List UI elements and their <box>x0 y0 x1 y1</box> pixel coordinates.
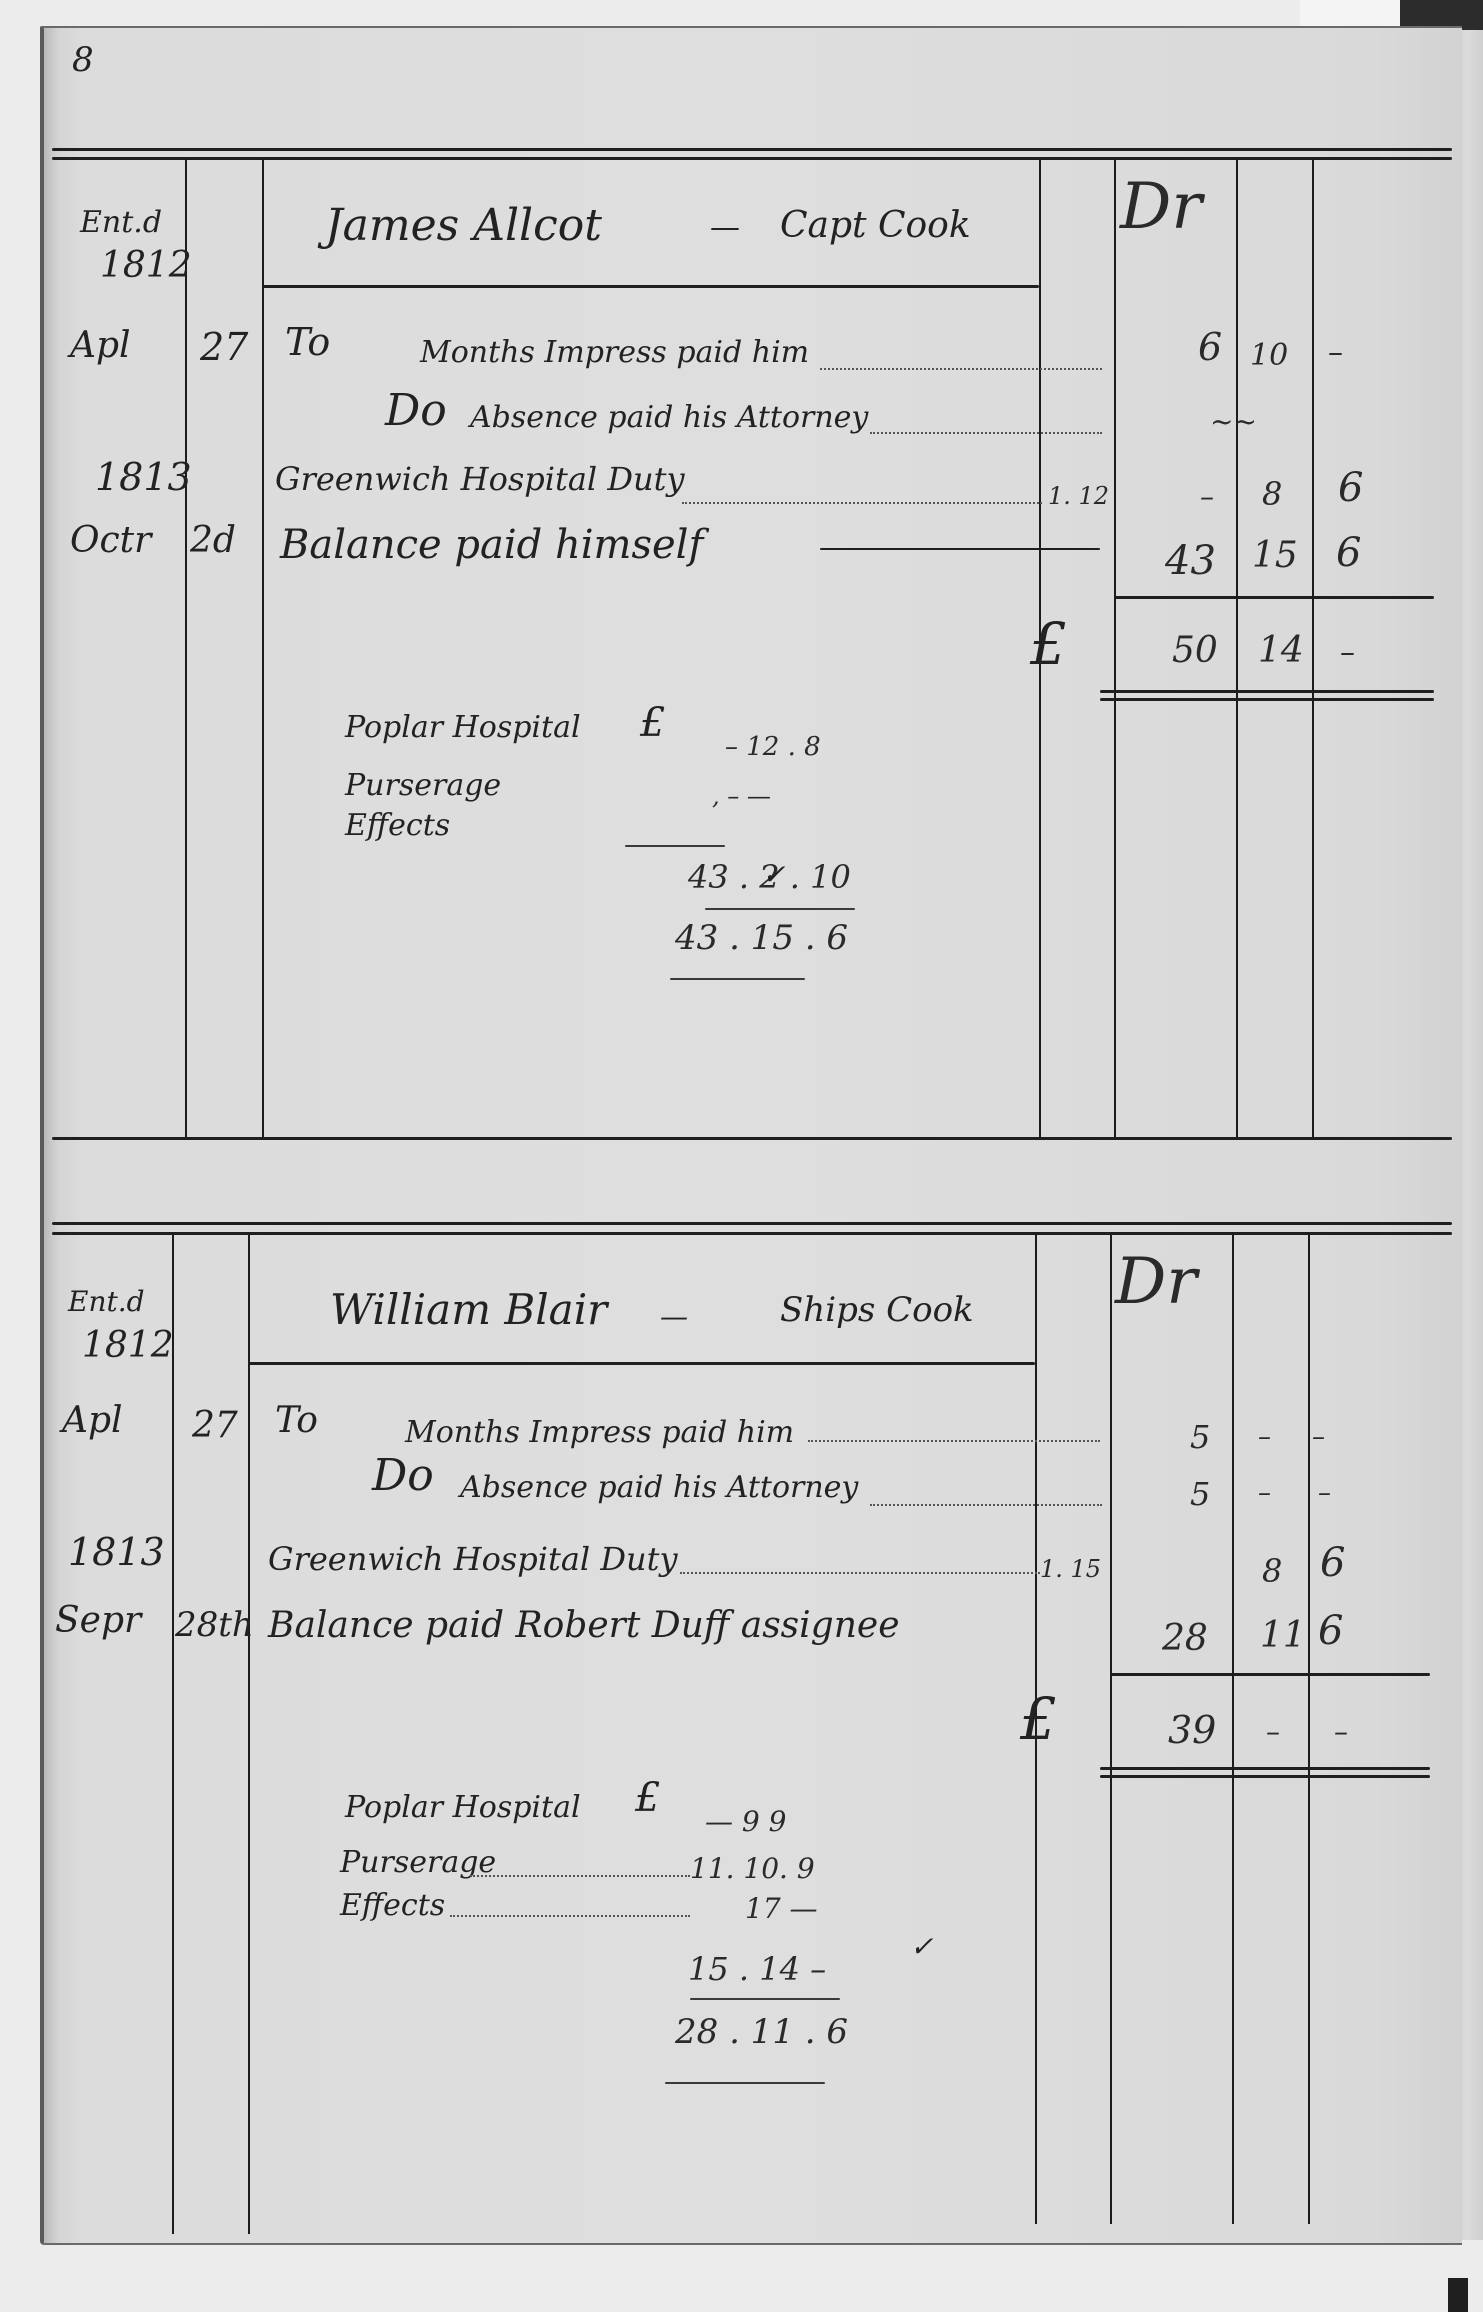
entered-label: Ent.d <box>68 1285 145 1318</box>
entry-shillings: 15 <box>1252 535 1298 576</box>
entry-shillings: 8 <box>1262 1552 1282 1590</box>
entry-prefix: To <box>275 1400 318 1441</box>
pound-sign-icon: £ <box>1030 610 1067 678</box>
total-double-rule <box>1100 1767 1430 1770</box>
note-total: 28 . 11 . 6 <box>675 2012 848 2052</box>
leader-dots <box>820 368 1102 370</box>
account-rating: Ships Cook <box>780 1290 974 1330</box>
entry-day: 2d <box>190 520 236 561</box>
total-rule <box>1110 1673 1430 1676</box>
entry-pounds: – <box>1200 480 1214 513</box>
entry-pounds: 28 <box>1162 1618 1208 1659</box>
note-underline <box>670 978 805 980</box>
folio-number: 8 <box>72 40 94 80</box>
entry-day: 27 <box>200 325 248 369</box>
entered-label: Ent.d <box>80 205 162 240</box>
account-name: William Blair <box>330 1285 607 1334</box>
entry-pounds: 5 <box>1190 1475 1210 1513</box>
note-value: – 12 . 8 <box>725 732 821 762</box>
leader-dots <box>680 1572 1040 1574</box>
entry-shillings: – <box>1258 1422 1271 1452</box>
entry-description: Absence paid his Attorney <box>460 1470 858 1505</box>
entry-year: 1813 <box>68 1530 165 1574</box>
header-rule <box>248 1362 1035 1365</box>
note-subtotal: 15 . 14 – <box>688 1950 826 1988</box>
name-separator: — <box>710 210 740 245</box>
entry-pounds: 43 <box>1165 538 1216 584</box>
pounds-column-rule <box>1110 1234 1112 2224</box>
day-column-rule <box>262 159 264 1137</box>
entry-month: Sepr <box>55 1600 141 1641</box>
entry-month: Octr <box>70 520 151 561</box>
entry-sub-amount: 1. 15 <box>1040 1555 1101 1583</box>
note-value: , – — <box>712 782 771 810</box>
entry-description: Months Impress paid him <box>420 335 809 370</box>
leader-dots <box>808 1440 1100 1442</box>
entry-shillings: 11 <box>1260 1615 1306 1656</box>
entry-pence: 6 <box>1338 465 1363 511</box>
total-double-rule-2 <box>1100 1775 1430 1778</box>
pence-column-rule <box>1308 1234 1310 2224</box>
balance-rule <box>820 548 1100 550</box>
entry-description: Balance paid Robert Duff assignee <box>268 1605 900 1646</box>
leader-dots <box>682 502 1042 504</box>
note-label: Effects <box>340 1888 445 1923</box>
entry-pence: 6 <box>1336 530 1361 576</box>
total-double-rule-2 <box>1100 698 1434 701</box>
leader-dots <box>870 1504 1102 1506</box>
entry-description: Absence paid his Attorney <box>470 400 868 435</box>
pounds-column-rule <box>1114 159 1116 1137</box>
entry-description: Balance paid himself <box>280 522 703 568</box>
entry-month: Apl <box>70 325 131 366</box>
pound-sign-icon: £ <box>1020 1685 1057 1753</box>
entry-prefix: Do <box>385 385 447 436</box>
entry-pounds: 5 <box>1190 1418 1210 1456</box>
account-rating: Capt Cook <box>780 205 971 246</box>
leader-dots <box>470 1875 690 1877</box>
entered-year: 1812 <box>100 245 192 286</box>
check-mark-icon: ✓ <box>762 858 785 891</box>
block-bottom-rule <box>52 1137 1452 1140</box>
note-label: Effects <box>345 808 450 843</box>
total-shillings: 14 <box>1258 630 1304 671</box>
entry-pence: 6 <box>1320 1540 1345 1586</box>
leader-dots <box>450 1915 690 1917</box>
total-pence: – <box>1340 635 1355 670</box>
entry-year: 1813 <box>95 455 192 499</box>
date-column-rule <box>185 159 187 1137</box>
top-rule <box>52 148 1452 151</box>
entry-pence: – <box>1312 1422 1325 1452</box>
note-pound-icon: £ <box>635 1775 660 1821</box>
check-mark-icon: ✓ <box>910 1930 933 1963</box>
note-underline <box>625 845 725 847</box>
note-label: Purserage <box>345 768 501 803</box>
entry-prefix: Do <box>372 1450 434 1501</box>
pence-column-rule <box>1312 159 1314 1137</box>
shillings-column-rule <box>1232 1234 1234 2224</box>
entry-pence: – <box>1328 335 1343 370</box>
debtor-heading: Dr <box>1115 1245 1197 1319</box>
book-binding-corner-bottom <box>1448 2278 1468 2312</box>
entry-shillings: – <box>1258 1478 1271 1508</box>
note-value: — 9 9 <box>705 1805 786 1838</box>
note-underline <box>705 908 855 910</box>
day-column-rule <box>248 1234 250 2234</box>
name-separator: — <box>660 1300 688 1333</box>
note-label: Poplar Hospital <box>345 1790 581 1825</box>
top-rule-2 <box>52 1232 1452 1235</box>
account-name: James Allcot <box>325 200 602 251</box>
entry-sub-amount: 1. 12 <box>1048 482 1109 510</box>
note-value: 17 — <box>745 1892 818 1925</box>
leader-dots <box>870 432 1102 434</box>
entry-prefix: To <box>285 320 330 364</box>
entry-description: Months Impress paid him <box>405 1415 794 1450</box>
debtor-heading: Dr <box>1120 170 1202 244</box>
total-double-rule <box>1100 690 1434 693</box>
note-underline <box>690 1998 840 2000</box>
entry-pence: 6 <box>1318 1608 1343 1654</box>
entry-pounds: 6 <box>1198 325 1222 369</box>
total-pence: – <box>1334 1715 1348 1748</box>
total-shillings: – <box>1266 1715 1280 1748</box>
note-value: 11. 10. 9 <box>690 1852 815 1885</box>
date-column-rule <box>172 1234 174 2234</box>
note-total: 43 . 15 . 6 <box>675 918 848 958</box>
entry-description: Greenwich Hospital Duty <box>275 460 685 498</box>
total-rule <box>1114 596 1434 599</box>
entry-day: 28th <box>175 1605 254 1645</box>
header-rule <box>262 285 1039 288</box>
entry-day: 27 <box>192 1405 238 1446</box>
entered-year: 1812 <box>82 1325 174 1366</box>
note-label: Poplar Hospital <box>345 710 581 745</box>
top-rule <box>52 1222 1452 1225</box>
note-pound-icon: £ <box>640 700 665 746</box>
total-pounds: 39 <box>1168 1708 1216 1752</box>
entry-month: Apl <box>62 1400 123 1441</box>
entry-shillings: 8 <box>1262 475 1282 513</box>
entry-description: Greenwich Hospital Duty <box>268 1540 678 1578</box>
entry-pence: – <box>1318 1478 1331 1508</box>
total-pounds: 50 <box>1172 630 1218 671</box>
entry-shillings: ~~ <box>1210 405 1257 438</box>
note-underline <box>665 2082 825 2084</box>
shillings-column-rule <box>1236 159 1238 1137</box>
entry-shillings: 10 <box>1250 338 1288 373</box>
